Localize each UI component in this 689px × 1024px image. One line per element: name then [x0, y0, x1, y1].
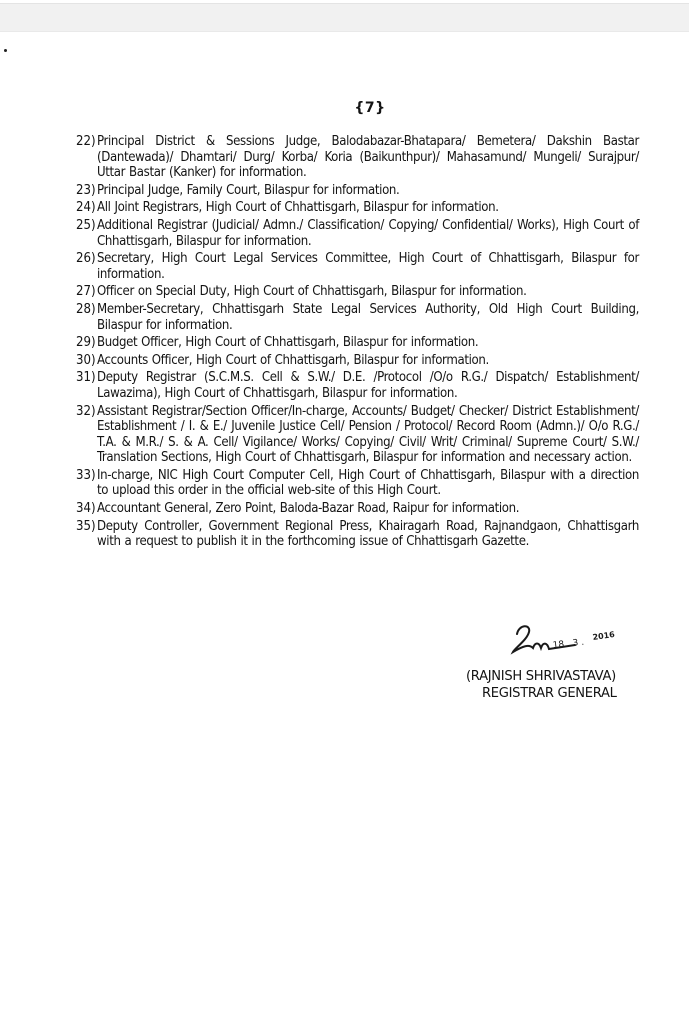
item-text: Accounts Officer, High Court of Chhattis… — [97, 353, 639, 369]
item-number: 34) — [76, 501, 97, 517]
list-item: 23)Principal Judge, Family Court, Bilasp… — [76, 183, 639, 199]
list-item: 30)Accounts Officer, High Court of Chhat… — [76, 353, 639, 369]
item-text: Officer on Special Duty, High Court of C… — [97, 284, 639, 300]
distribution-list: 22)Principal District & Sessions Judge, … — [76, 134, 639, 552]
handwritten-signature: 18 . 3 . 2016 — [505, 618, 625, 658]
list-item: 22)Principal District & Sessions Judge, … — [76, 134, 639, 181]
item-text: Assistant Registrar/Section Officer/In-c… — [97, 404, 639, 466]
list-item: 25)Additional Registrar (Judicial/ Admn.… — [76, 218, 639, 249]
list-item: 32)Assistant Registrar/Section Officer/I… — [76, 404, 639, 466]
list-item: 26)Secretary, High Court Legal Services … — [76, 251, 639, 282]
item-text: All Joint Registrars, High Court of Chha… — [97, 200, 639, 216]
item-number: 24) — [76, 200, 97, 216]
svg-text:18 . 3 .: 18 . 3 . — [552, 638, 584, 651]
list-item: 24)All Joint Registrars, High Court of C… — [76, 200, 639, 216]
list-item: 31)Deputy Registrar (S.C.M.S. Cell & S.W… — [76, 370, 639, 401]
item-text: Budget Officer, High Court of Chhattisga… — [97, 335, 639, 351]
item-text: Deputy Registrar (S.C.M.S. Cell & S.W./ … — [97, 370, 639, 401]
item-number: 30) — [76, 353, 97, 369]
signatory-name: (RAJNISH SHRIVASTAVA) — [466, 668, 636, 685]
item-text: In-charge, NIC High Court Computer Cell,… — [97, 468, 639, 499]
item-number: 31) — [76, 370, 97, 401]
signatory-block: (RAJNISH SHRIVASTAVA) REGISTRAR GENERAL — [466, 668, 636, 702]
list-item: 29)Budget Officer, High Court of Chhatti… — [76, 335, 639, 351]
item-number: 35) — [76, 519, 97, 550]
item-text: Principal District & Sessions Judge, Bal… — [97, 134, 639, 181]
item-text: Deputy Controller, Government Regional P… — [97, 519, 639, 550]
item-number: 27) — [76, 284, 97, 300]
item-text: Additional Registrar (Judicial/ Admn./ C… — [97, 218, 639, 249]
item-number: 22) — [76, 134, 97, 181]
list-item: 34)Accountant General, Zero Point, Balod… — [76, 501, 639, 517]
item-number: 28) — [76, 302, 97, 333]
item-number: 25) — [76, 218, 97, 249]
viewer-top-bar — [0, 3, 689, 32]
scan-speck — [4, 49, 7, 52]
list-item: 33)In-charge, NIC High Court Computer Ce… — [76, 468, 639, 499]
item-text: Secretary, High Court Legal Services Com… — [97, 251, 639, 282]
item-text: Principal Judge, Family Court, Bilaspur … — [97, 183, 639, 199]
list-item: 27)Officer on Special Duty, High Court o… — [76, 284, 639, 300]
page-number: {7} — [340, 100, 400, 116]
item-number: 26) — [76, 251, 97, 282]
list-item: 28)Member-Secretary, Chhattisgarh State … — [76, 302, 639, 333]
item-text: Member-Secretary, Chhattisgarh State Leg… — [97, 302, 639, 333]
item-number: 33) — [76, 468, 97, 499]
item-number: 23) — [76, 183, 97, 199]
list-item: 35)Deputy Controller, Government Regiona… — [76, 519, 639, 550]
svg-text:2016: 2016 — [592, 630, 616, 642]
item-number: 32) — [76, 404, 97, 466]
signatory-designation: REGISTRAR GENERAL — [466, 685, 636, 702]
item-number: 29) — [76, 335, 97, 351]
item-text: Accountant General, Zero Point, Baloda-B… — [97, 501, 639, 517]
